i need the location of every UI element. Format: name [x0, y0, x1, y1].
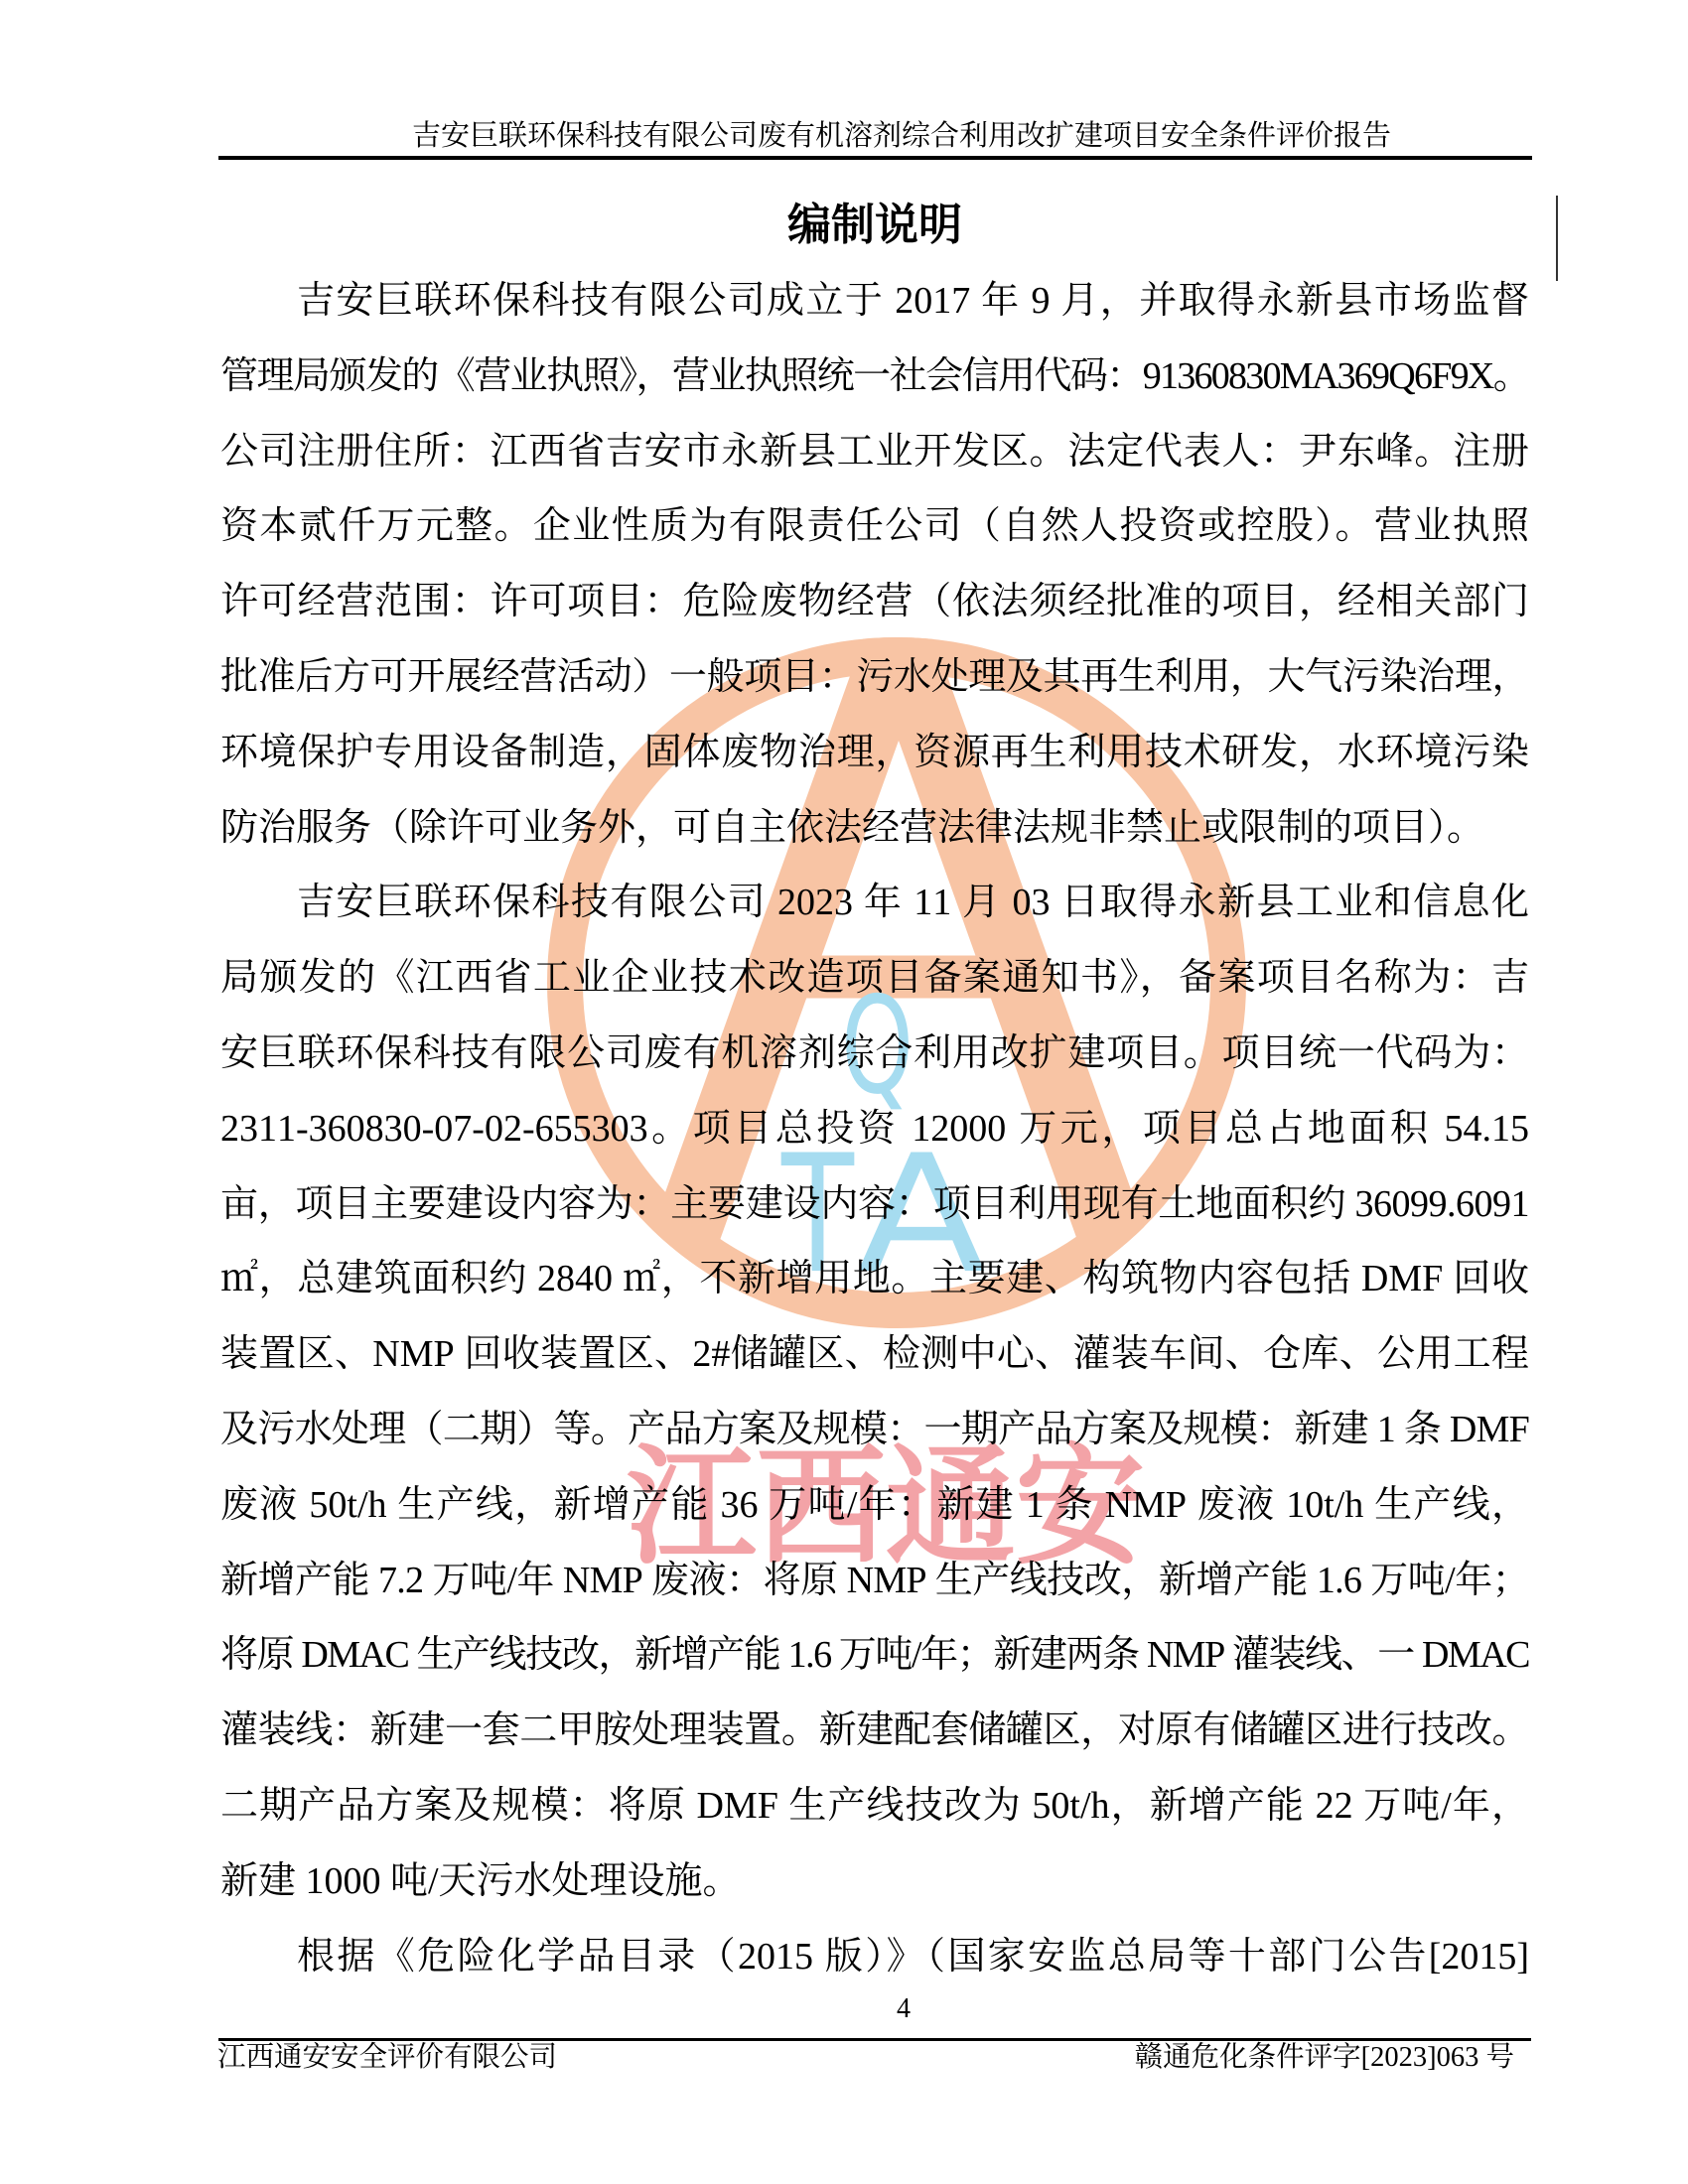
text-line: 亩，项目主要建设内容为：主要建设内容：项目利用现有土地面积约 36099.609…: [220, 1167, 1529, 1243]
running-header-title: 吉安巨联环保科技有限公司废有机溶剂综合利用改扩建项目安全条件评价报告: [412, 119, 1391, 153]
text-line: 装置区、NMP 回收装置区、2#储罐区、检测中心、灌装车间、仓库、公用工程: [220, 1317, 1529, 1393]
text-line: 环境保护专用设备制造，固体废物治理，资源再生利用技术研发，水环境污染: [220, 716, 1529, 791]
text-line: 吉安巨联环保科技有限公司成立于 2017 年 9 月，并取得永新县市场监督: [220, 264, 1529, 340]
page-number: 4: [854, 1992, 953, 2026]
text-line: 公司注册住所：江西省吉安市永新县工业开发区。法定代表人：尹东峰。注册: [220, 415, 1529, 490]
text-line: 管理局颁发的《营业执照》，营业执照统一社会信用代码：91360830MA369Q…: [220, 340, 1529, 415]
text-line: 局颁发的《江西省工业企业技术改造项目备案通知书》，备案项目名称为：吉: [220, 941, 1529, 1017]
text-line: 灌装线：新建一套二甲胺处理装置。新建配套储罐区，对原有储罐区进行技改。: [220, 1694, 1529, 1769]
text-line: ㎡，总建筑面积约 2840 ㎡，不新增用地。主要建、构筑物内容包括 DMF 回收: [220, 1242, 1529, 1317]
text-line: 二期产品方案及规模：将原 DMF 生产线技改为 50t/h，新增产能 22 万吨…: [220, 1769, 1529, 1844]
text-line: 2311-360830-07-02-655303。项目总投资 12000 万元，…: [220, 1092, 1529, 1167]
margin-mark-line: [1556, 196, 1558, 281]
footer-company-name: 江西通安安全评价有限公司: [217, 2041, 557, 2075]
text-line: 新增产能 7.2 万吨/年 NMP 废液：将原 NMP 生产线技改，新增产能 1…: [220, 1544, 1529, 1619]
text-line: 许可经营范围：许可项目：危险废物经营（依法须经批准的项目，经相关部门: [220, 565, 1529, 640]
paragraph-company-info: 吉安巨联环保科技有限公司成立于 2017 年 9 月，并取得永新县市场监督 管理…: [220, 264, 1529, 866]
text-line: 根据《危险化学品目录（2015 版）》（国家安监总局等十部门公告[2015]: [220, 1920, 1529, 1995]
text-line: 废液 50t/h 生产线，新增产能 36 万吨/年：新建 1 条 NMP 废液 …: [220, 1468, 1529, 1544]
text-line: 批准后方可开展经营活动）一般项目：污水处理及其再生利用，大气污染治理，: [220, 640, 1529, 716]
text-line: 新建 1000 吨/天污水处理设施。: [220, 1844, 1529, 1920]
document-page: Q T A 江西通安 吉安巨联环保科技有限公司废有机溶剂综合利用改扩建项目安全条…: [0, 0, 1688, 2184]
text-line: 吉安巨联环保科技有限公司 2023 年 11 月 03 日取得永新县工业和信息化: [220, 866, 1529, 941]
text-line: 将原 DMAC 生产线技改，新增产能 1.6 万吨/年；新建两条 NMP 灌装线…: [220, 1618, 1529, 1694]
section-title: 编制说明: [220, 199, 1529, 252]
text-line: 资本贰仟万元整。企业性质为有限责任公司（自然人投资或控股）。营业执照: [220, 489, 1529, 565]
text-line: 安巨联环保科技有限公司废有机溶剂综合利用改扩建项目。项目统一代码为：: [220, 1017, 1529, 1092]
body-text: 吉安巨联环保科技有限公司成立于 2017 年 9 月，并取得永新县市场监督 管理…: [220, 264, 1529, 1994]
paragraph-regulation-basis: 根据《危险化学品目录（2015 版）》（国家安监总局等十部门公告[2015]: [220, 1920, 1529, 1995]
paragraph-project-info: 吉安巨联环保科技有限公司 2023 年 11 月 03 日取得永新县工业和信息化…: [220, 866, 1529, 1919]
text-line: 防治服务（除许可业务外，可自主依法经营法律法规非禁止或限制的项目）。: [220, 791, 1529, 867]
header-rule: [218, 156, 1532, 160]
text-line: 及污水处理（二期）等。产品方案及规模：一期产品方案及规模：新建 1 条 DMF: [220, 1393, 1529, 1468]
footer-document-number: 赣通危化条件评字[2023]063 号: [918, 2041, 1514, 2075]
